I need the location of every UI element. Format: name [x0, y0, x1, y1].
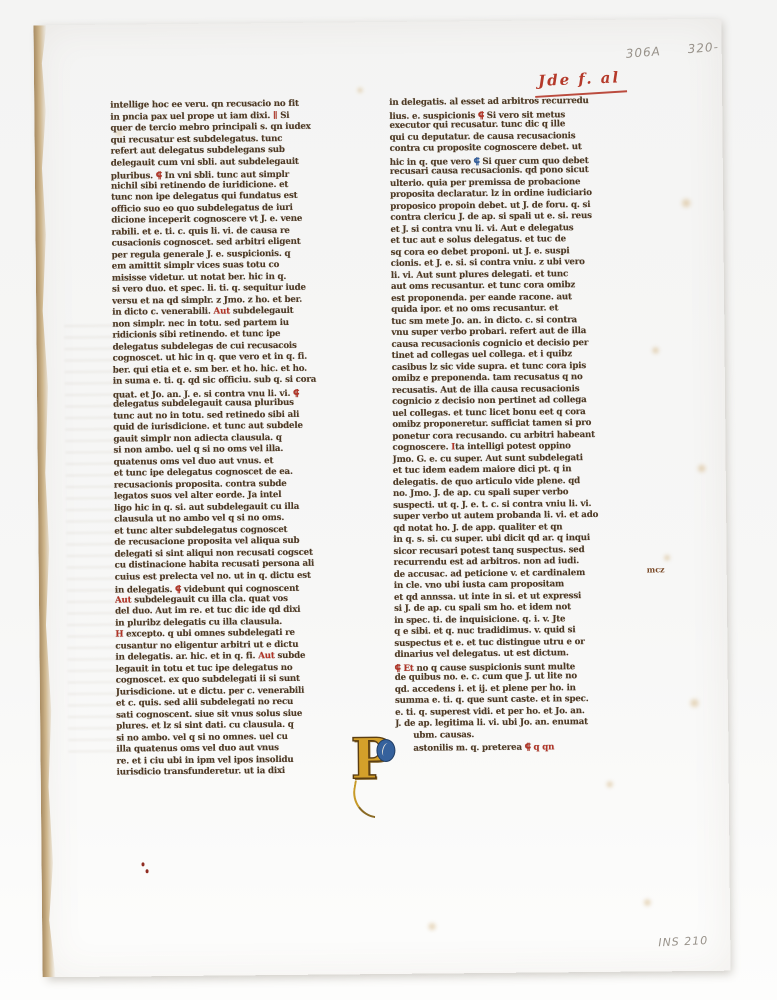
initial-counter-ornament — [376, 739, 395, 762]
initial-flourish — [349, 780, 380, 818]
leaf-gutter-edge — [33, 25, 55, 977]
red-ink-dots — [141, 862, 151, 876]
pencil-price-annotation: 320- — [687, 40, 719, 56]
text-column-right: in delegatis. al esset ad arbitros recur… — [389, 96, 646, 798]
text-column-left: intellige hoc ee veru. qn recusacio no f… — [110, 98, 367, 790]
manuscript-text-line: iurisdicio transfunderetur. ut ia dixi — [117, 765, 367, 779]
catalog-photo-page: 306A 320- INS 210 Jde f. al intellige ho… — [0, 0, 777, 1000]
pencil-ins-number: INS 210 — [658, 934, 708, 949]
manuscript-text-line: astonilis m. q. preterea ⸿ q qn — [413, 740, 645, 754]
line-end-overflow: mcz — [647, 564, 665, 574]
illuminated-initial: P — [350, 730, 415, 823]
running-title-rubric: Jde f. al — [538, 68, 621, 90]
manuscript-leaf: 306A 320- INS 210 Jde f. al intellige ho… — [37, 19, 730, 978]
pencil-inventory-number: 306A — [625, 44, 661, 61]
